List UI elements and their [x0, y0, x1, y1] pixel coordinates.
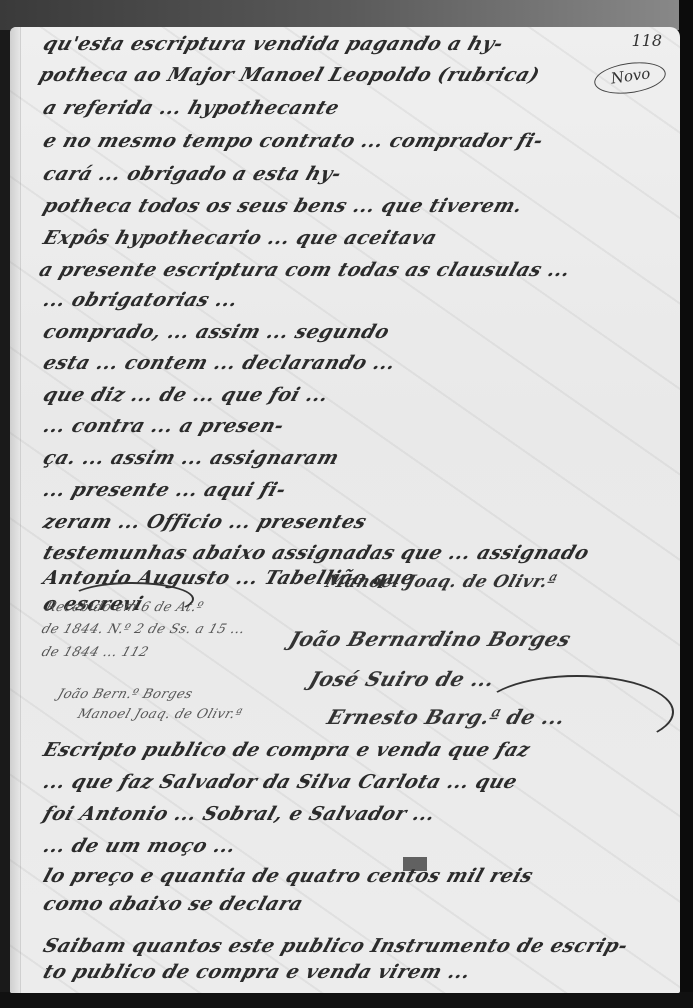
signature-line: José Suiro de ...	[306, 667, 498, 691]
second-entry-line: como abaixo se declara	[40, 893, 306, 915]
body-line: ... contra ... a presen-	[40, 415, 287, 437]
second-entry-line: to publico de compra e venda virem ...	[40, 961, 473, 983]
body-line: zeram ... Officio ... presentes	[40, 511, 369, 533]
scan-bottom-band	[0, 992, 693, 1008]
signature-line: João Bernardino Borges	[286, 627, 574, 651]
body-line: esta ... contem ... declarando ...	[40, 352, 398, 374]
margin-note-line: de 1844. N.º 2 de Ss. a 15 ...	[40, 622, 248, 637]
page-number: 118	[631, 31, 662, 50]
binding-gutter	[10, 27, 21, 993]
signature-flourish	[480, 675, 674, 749]
body-line: que diz ... de ... que foi ...	[40, 384, 331, 406]
body-line: potheca todos os seus bens ... que tiver…	[40, 195, 525, 217]
signature-line: Manoel Joaq. de Olivr.ª	[323, 572, 560, 592]
body-line: qu'esta escriptura vendida pagando a hy-	[40, 33, 506, 55]
margin-note-line: Manoel Joaq. de Olivr.ª	[76, 707, 245, 722]
rubric-text: Novo	[610, 64, 652, 87]
manuscript-page: 118 Novo qu'esta escriptura vendida paga…	[10, 27, 680, 993]
second-entry-line: Saibam quantos este publico Instrumento …	[40, 935, 630, 957]
body-line: ... presente ... aqui fi-	[40, 479, 289, 501]
signature-flourish	[70, 582, 194, 616]
scan-right-edge	[679, 0, 693, 1008]
second-entry-line: foi Antonio ... Sobral, e Salvador ...	[40, 803, 438, 825]
body-line: ... obrigatorias ...	[40, 289, 241, 311]
second-entry-line: ... de um moço ...	[40, 835, 239, 857]
body-line: e no mesmo tempo contrato ... comprador …	[40, 130, 546, 152]
body-line: a presente escriptura com todas as claus…	[36, 259, 573, 281]
body-line: ça. ... assim ... assignaram	[40, 447, 342, 469]
document-stamp	[403, 857, 427, 871]
body-line: comprado, ... assim ... segundo	[40, 321, 392, 343]
body-line: potheca ao Major Manoel Leopoldo (rubric…	[36, 64, 542, 86]
scan-top-band	[0, 0, 693, 30]
second-entry-line: Escripto publico de compra e venda que f…	[40, 739, 533, 761]
body-line: a referida ... hypothecante	[40, 97, 342, 119]
second-entry-line: ... que faz Salvador da Silva Carlota ..…	[40, 771, 520, 793]
margin-note-line: de 1844 ... 112	[40, 645, 151, 660]
margin-note-line: João Bern.º Borges	[56, 687, 195, 702]
body-line: Expôs hypothecario ... que aceitava	[40, 227, 440, 249]
body-line: cará ... obrigado a esta hy-	[40, 163, 344, 185]
second-entry-line: lo preço e quantia de quatro centos mil …	[40, 865, 536, 887]
corner-rubric: Novo	[592, 58, 667, 98]
